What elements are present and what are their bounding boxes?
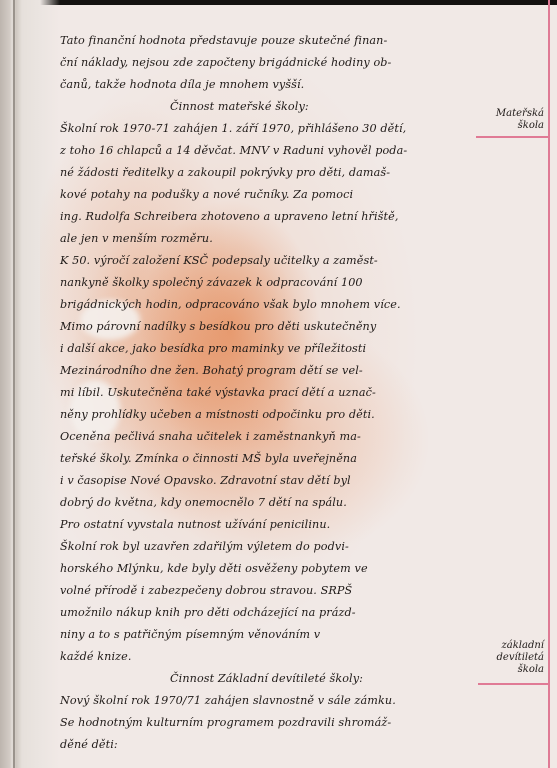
text-line: z toho 16 chlapců a 14 děvčat. MNV v Rad… xyxy=(60,140,480,162)
text-line: Pro ostatní vyvstala nutnost užívání pen… xyxy=(60,514,480,536)
text-line: Školní rok byl uzavřen zdařilým výletem … xyxy=(60,536,480,558)
text-line: brigádnických hodin, odpracováno však by… xyxy=(60,294,480,316)
section-heading-primary-school: Činnost Základní devítileté školy: xyxy=(60,668,480,690)
text-line: Mimo párovní nadílky s besídkou pro děti… xyxy=(60,316,480,338)
text-line: mi líbil. Uskutečněna také výstavka prac… xyxy=(60,382,480,404)
text-line: Mezinárodního dne žen. Bohatý program dě… xyxy=(60,360,480,382)
text-line: děné děti: xyxy=(60,734,480,756)
text-line: Školní rok 1970-71 zahájen 1. září 1970,… xyxy=(60,118,480,140)
margin-note-underline xyxy=(478,683,550,685)
margin-note-underline xyxy=(476,136,550,138)
text-line: Se hodnotným kulturním programem pozdrav… xyxy=(60,712,480,734)
scanned-page: Tato finanční hodnota představuje pouze … xyxy=(0,0,557,768)
text-line: i v časopise Nové Opavsko. Zdravotní sta… xyxy=(60,470,480,492)
margin-note-primary-school: základní devítiletá škola xyxy=(478,640,544,676)
margin-note-kindergarten: Mateřská škola xyxy=(478,108,544,132)
handwritten-body: Tato finanční hodnota představuje pouze … xyxy=(60,30,480,756)
text-line: niny a to s patřičným písemným věnováním… xyxy=(60,624,480,646)
text-line: ing. Rudolfa Schreibera zhotoveno a upra… xyxy=(60,206,480,228)
text-line: něny prohlídky učeben a místnosti odpoči… xyxy=(60,404,480,426)
text-line: teřské školy. Zmínka o činnosti MŠ byla … xyxy=(60,448,480,470)
text-line: volné přírodě i zabezpečeny dobrou strav… xyxy=(60,580,480,602)
text-line: nankyně školky společný závazek k odprac… xyxy=(60,272,480,294)
text-line: kové potahy na podušky a nové ručníky. Z… xyxy=(60,184,480,206)
margin-note-line: devítiletá xyxy=(478,652,544,664)
text-line: Tato finanční hodnota představuje pouze … xyxy=(60,30,480,52)
text-line: ale jen v menším rozměru. xyxy=(60,228,480,250)
margin-note-line: škola xyxy=(478,120,544,132)
book-binding-crease xyxy=(13,0,15,768)
text-line: každé knize. xyxy=(60,646,480,668)
red-margin-line xyxy=(548,0,550,768)
text-line: umožnilo nákup knih pro děti odcházející… xyxy=(60,602,480,624)
margin-note-line: škola xyxy=(478,664,544,676)
page-top-edge xyxy=(0,0,557,5)
margin-note-line: Mateřská xyxy=(478,108,544,120)
text-line: i další akce, jako besídka pro maminky v… xyxy=(60,338,480,360)
text-line: Oceněna pečlivá snaha učitelek i zaměstn… xyxy=(60,426,480,448)
text-line: ční náklady, nejsou zde započteny brigád… xyxy=(60,52,480,74)
margin-note-line: základní xyxy=(478,640,544,652)
text-line: né žádosti ředitelky a zakoupil pokrývky… xyxy=(60,162,480,184)
section-heading-kindergarten: Činnost mateřské školy: xyxy=(60,96,480,118)
text-line: dobrý do května, kdy onemocnělo 7 dětí n… xyxy=(60,492,480,514)
text-line: horského Mlýnku, kde byly děti osvěženy … xyxy=(60,558,480,580)
text-line: K 50. výročí založení KSČ podepsaly učit… xyxy=(60,250,480,272)
text-line: Nový školní rok 1970/71 zahájen slavnost… xyxy=(60,690,480,712)
text-line: čanů, takže hodnota díla je mnohem vyšší… xyxy=(60,74,480,96)
